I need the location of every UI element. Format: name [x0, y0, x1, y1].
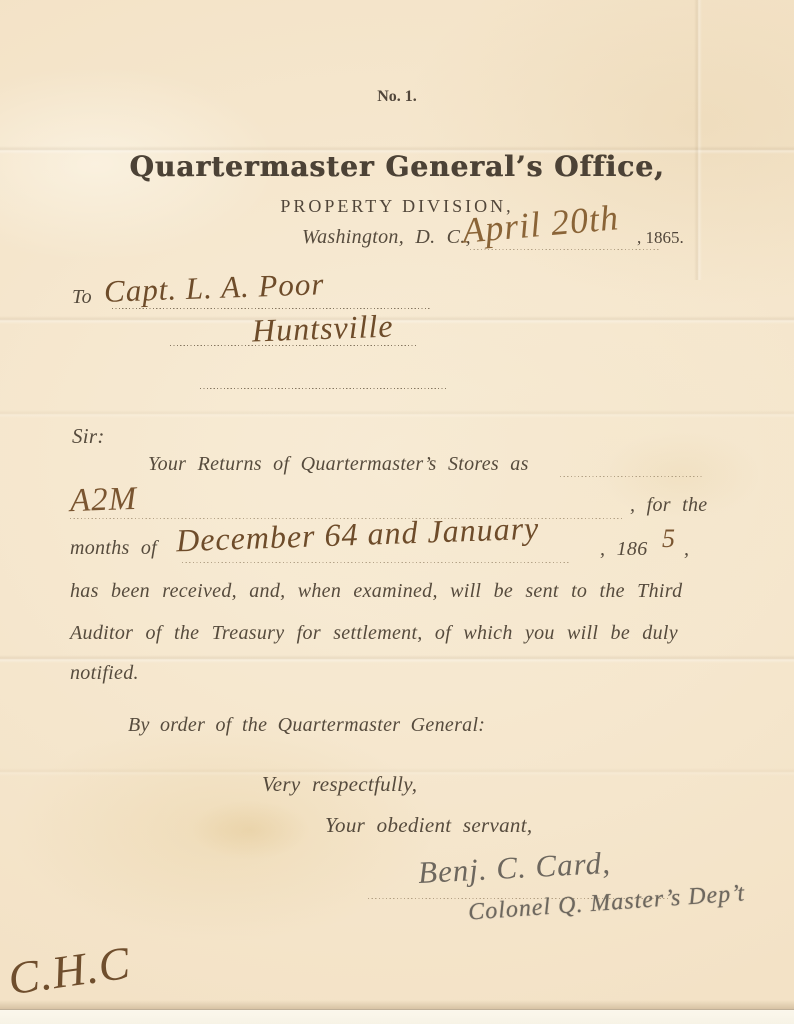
blank-rule [200, 388, 448, 390]
handwritten-location: Huntsville [251, 308, 394, 350]
body-line4: has been received, and, when examined, w… [70, 580, 682, 603]
body-line3-end: , [684, 538, 689, 561]
to-label: To [72, 286, 92, 309]
fill-rule-3 [182, 562, 570, 564]
signer-title-stamp: Colonel Q. Master’s Dep’t [467, 880, 746, 926]
fold-crease [694, 0, 702, 280]
place-line: Washington, D. C., [302, 226, 471, 249]
paper-edge-shadow [0, 1000, 794, 1009]
division-title: PROPERTY DIVISION, [0, 196, 794, 217]
scanned-letter-page: No. 1. Quartermaster General’s Office, P… [0, 0, 794, 1024]
body-line3-year: , 186 [600, 538, 648, 561]
printed-year: , 1865. [637, 228, 684, 248]
handwritten-year-digit: 5 [662, 524, 676, 554]
body-line1: Your Returns of Quartermaster’s Stores a… [148, 453, 529, 476]
docket-initials: C.H.C [5, 936, 134, 1006]
body-line2-suffix: , for the [630, 494, 707, 517]
form-number: No. 1. [0, 88, 794, 106]
body-line6: notified. [70, 662, 139, 685]
scan-background-strip [0, 1009, 794, 1024]
body-line3-prefix: months of [70, 537, 157, 560]
salutation: Sir: [72, 424, 105, 449]
paper-stain [190, 800, 310, 860]
office-title: Quartermaster General’s Office, [0, 150, 794, 183]
signature: Benj. C. Card, [417, 845, 611, 891]
fill-rule-1 [560, 476, 702, 478]
valediction-2: Your obedient servant, [325, 813, 532, 838]
handwritten-stores-fill: A2M [69, 481, 137, 520]
handwritten-addressee: Capt. L. A. Poor [103, 266, 325, 310]
date-rule [470, 249, 660, 251]
fold-crease [0, 316, 794, 324]
order-line: By order of the Quartermaster General: [128, 714, 485, 737]
fold-crease [0, 410, 794, 418]
valediction-1: Very respectfully, [262, 772, 417, 797]
body-line5: Auditor of the Treasury for settlement, … [70, 622, 678, 645]
